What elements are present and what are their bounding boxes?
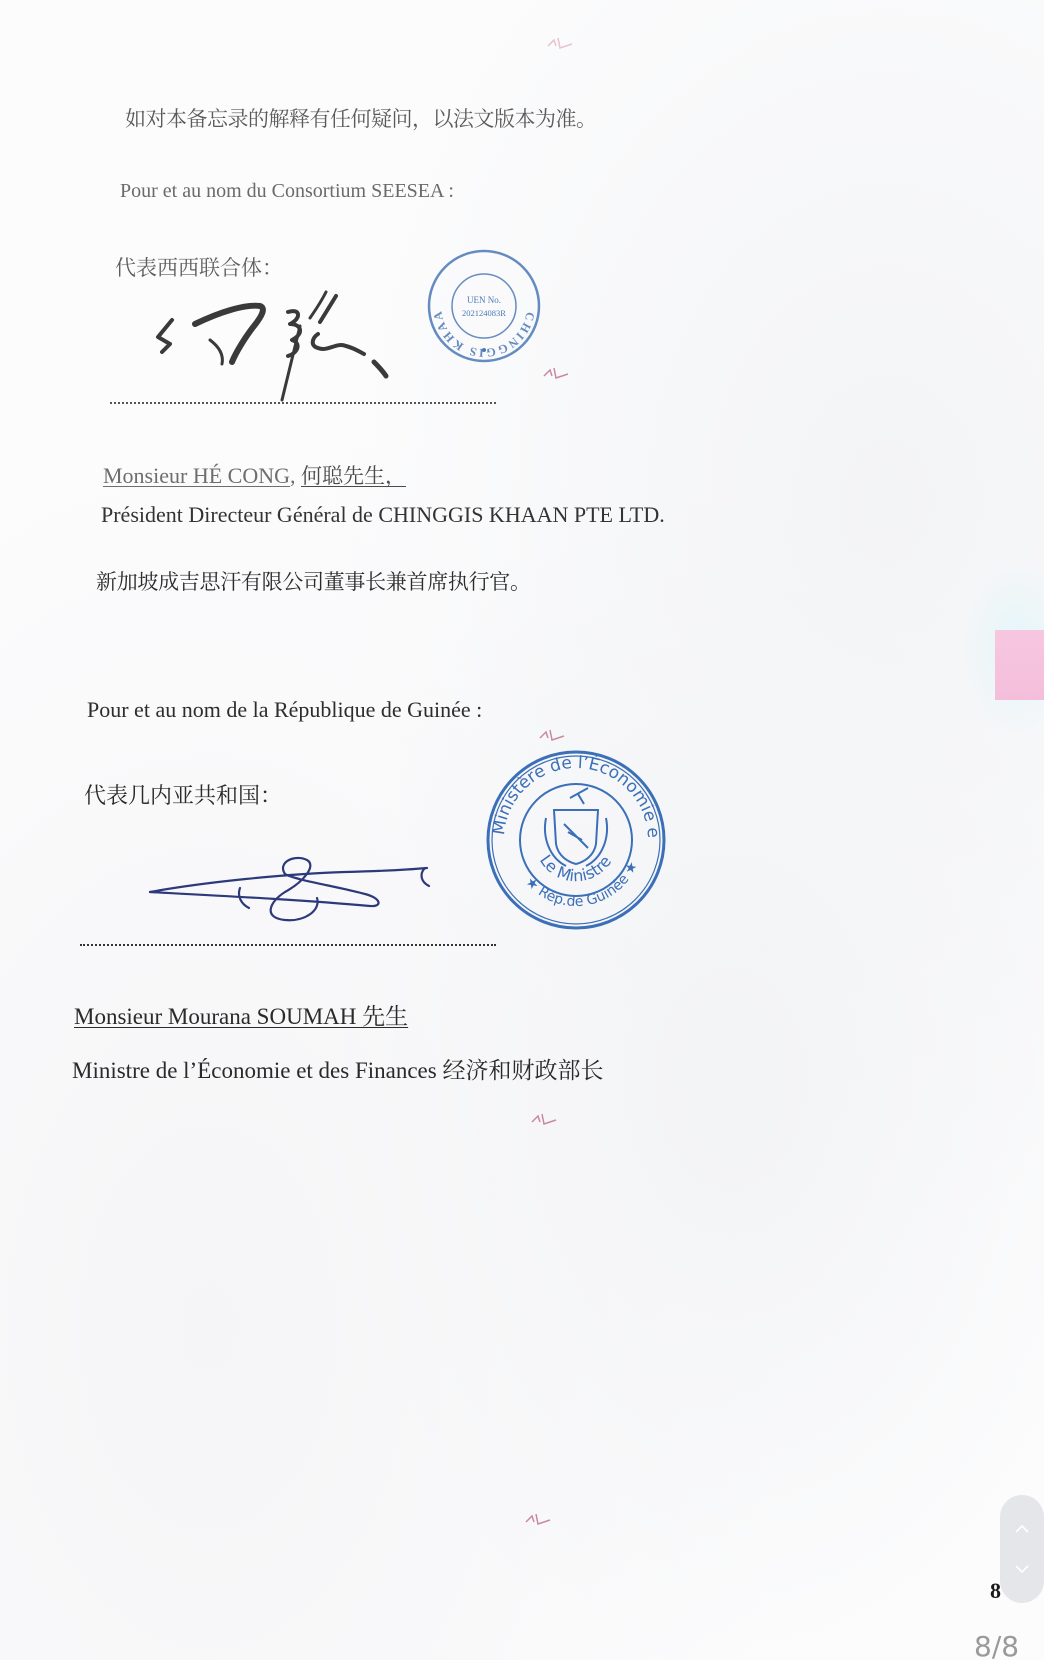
interpretation-clause-cn: 如对本备忘录的解释有任何疑问，以法文版本为准。 — [125, 103, 597, 133]
chevron-down-icon — [1014, 1564, 1030, 1574]
initial-mark — [540, 364, 574, 382]
seal-1-uen-number: 202124083R — [462, 308, 506, 318]
seal-1-uen-label: UEN No. — [467, 295, 501, 305]
initial-mark — [522, 1510, 556, 1528]
signatory-2-title: Ministre de l’Économie et des Finances 经… — [72, 1052, 603, 1085]
seal-2-ring-text: Ministère de l’Économie et des Finances — [484, 748, 663, 839]
initial-mark — [536, 726, 570, 744]
signature-line-1 — [110, 402, 496, 404]
signature-line-2 — [80, 944, 496, 946]
signature-soumah — [145, 852, 445, 924]
signatory-1-title-cn: 新加坡成吉思汗有限公司董事长兼首席执行官。 — [96, 566, 531, 596]
party-1-label-fr: Pour et au nom du Consortium SEESEA : — [120, 180, 454, 203]
previous-page-button[interactable] — [1000, 1509, 1044, 1549]
signatory-1-title-fr: Président Directeur Général de CHINGGIS … — [101, 502, 665, 528]
party-2-label-cn: 代表几内亚共和国： — [84, 779, 282, 810]
seal-2-center-text: Le Ministre — [536, 851, 615, 885]
company-seal-chinggis-khaan: CHINGGIS KHAAN PTE. LTD. UEN No. 2021240… — [426, 248, 542, 364]
document-page: 如对本备忘录的解释有任何疑问，以法文版本为准。 Pour et au nom d… — [0, 0, 1044, 1660]
initial-mark — [528, 1110, 562, 1128]
party-1-label-cn: 代表西西联合体： — [115, 252, 283, 282]
page-counter: 8/8 — [974, 1630, 1019, 1660]
chevron-up-icon — [1014, 1524, 1030, 1534]
ministry-seal-guinea: Ministère de l’Économie et des Finances … — [484, 748, 668, 932]
initial-mark — [544, 34, 578, 52]
signatory-1-name: Monsieur HÉ CONG, 何聪先生， — [103, 460, 406, 490]
svg-text:Le Ministre: Le Ministre — [536, 851, 615, 885]
next-page-button[interactable] — [1000, 1549, 1044, 1589]
party-2-label-fr: Pour et au nom de la République de Guiné… — [87, 697, 482, 723]
page-navigation — [1000, 1495, 1044, 1603]
signature-he-cong — [150, 282, 420, 402]
signatory-1-name-fr: Monsieur HÉ CONG — [103, 463, 290, 488]
signatory-2-name: Monsieur Mourana SOUMAH 先生 — [74, 998, 408, 1031]
svg-text:Ministère de l’Économie et des: Ministère de l’Économie et des Finances — [484, 748, 663, 839]
page-tab-marker — [995, 630, 1044, 700]
coat-of-arms-icon — [545, 788, 607, 866]
signatory-1-name-cn: 何聪先生， — [301, 464, 406, 488]
